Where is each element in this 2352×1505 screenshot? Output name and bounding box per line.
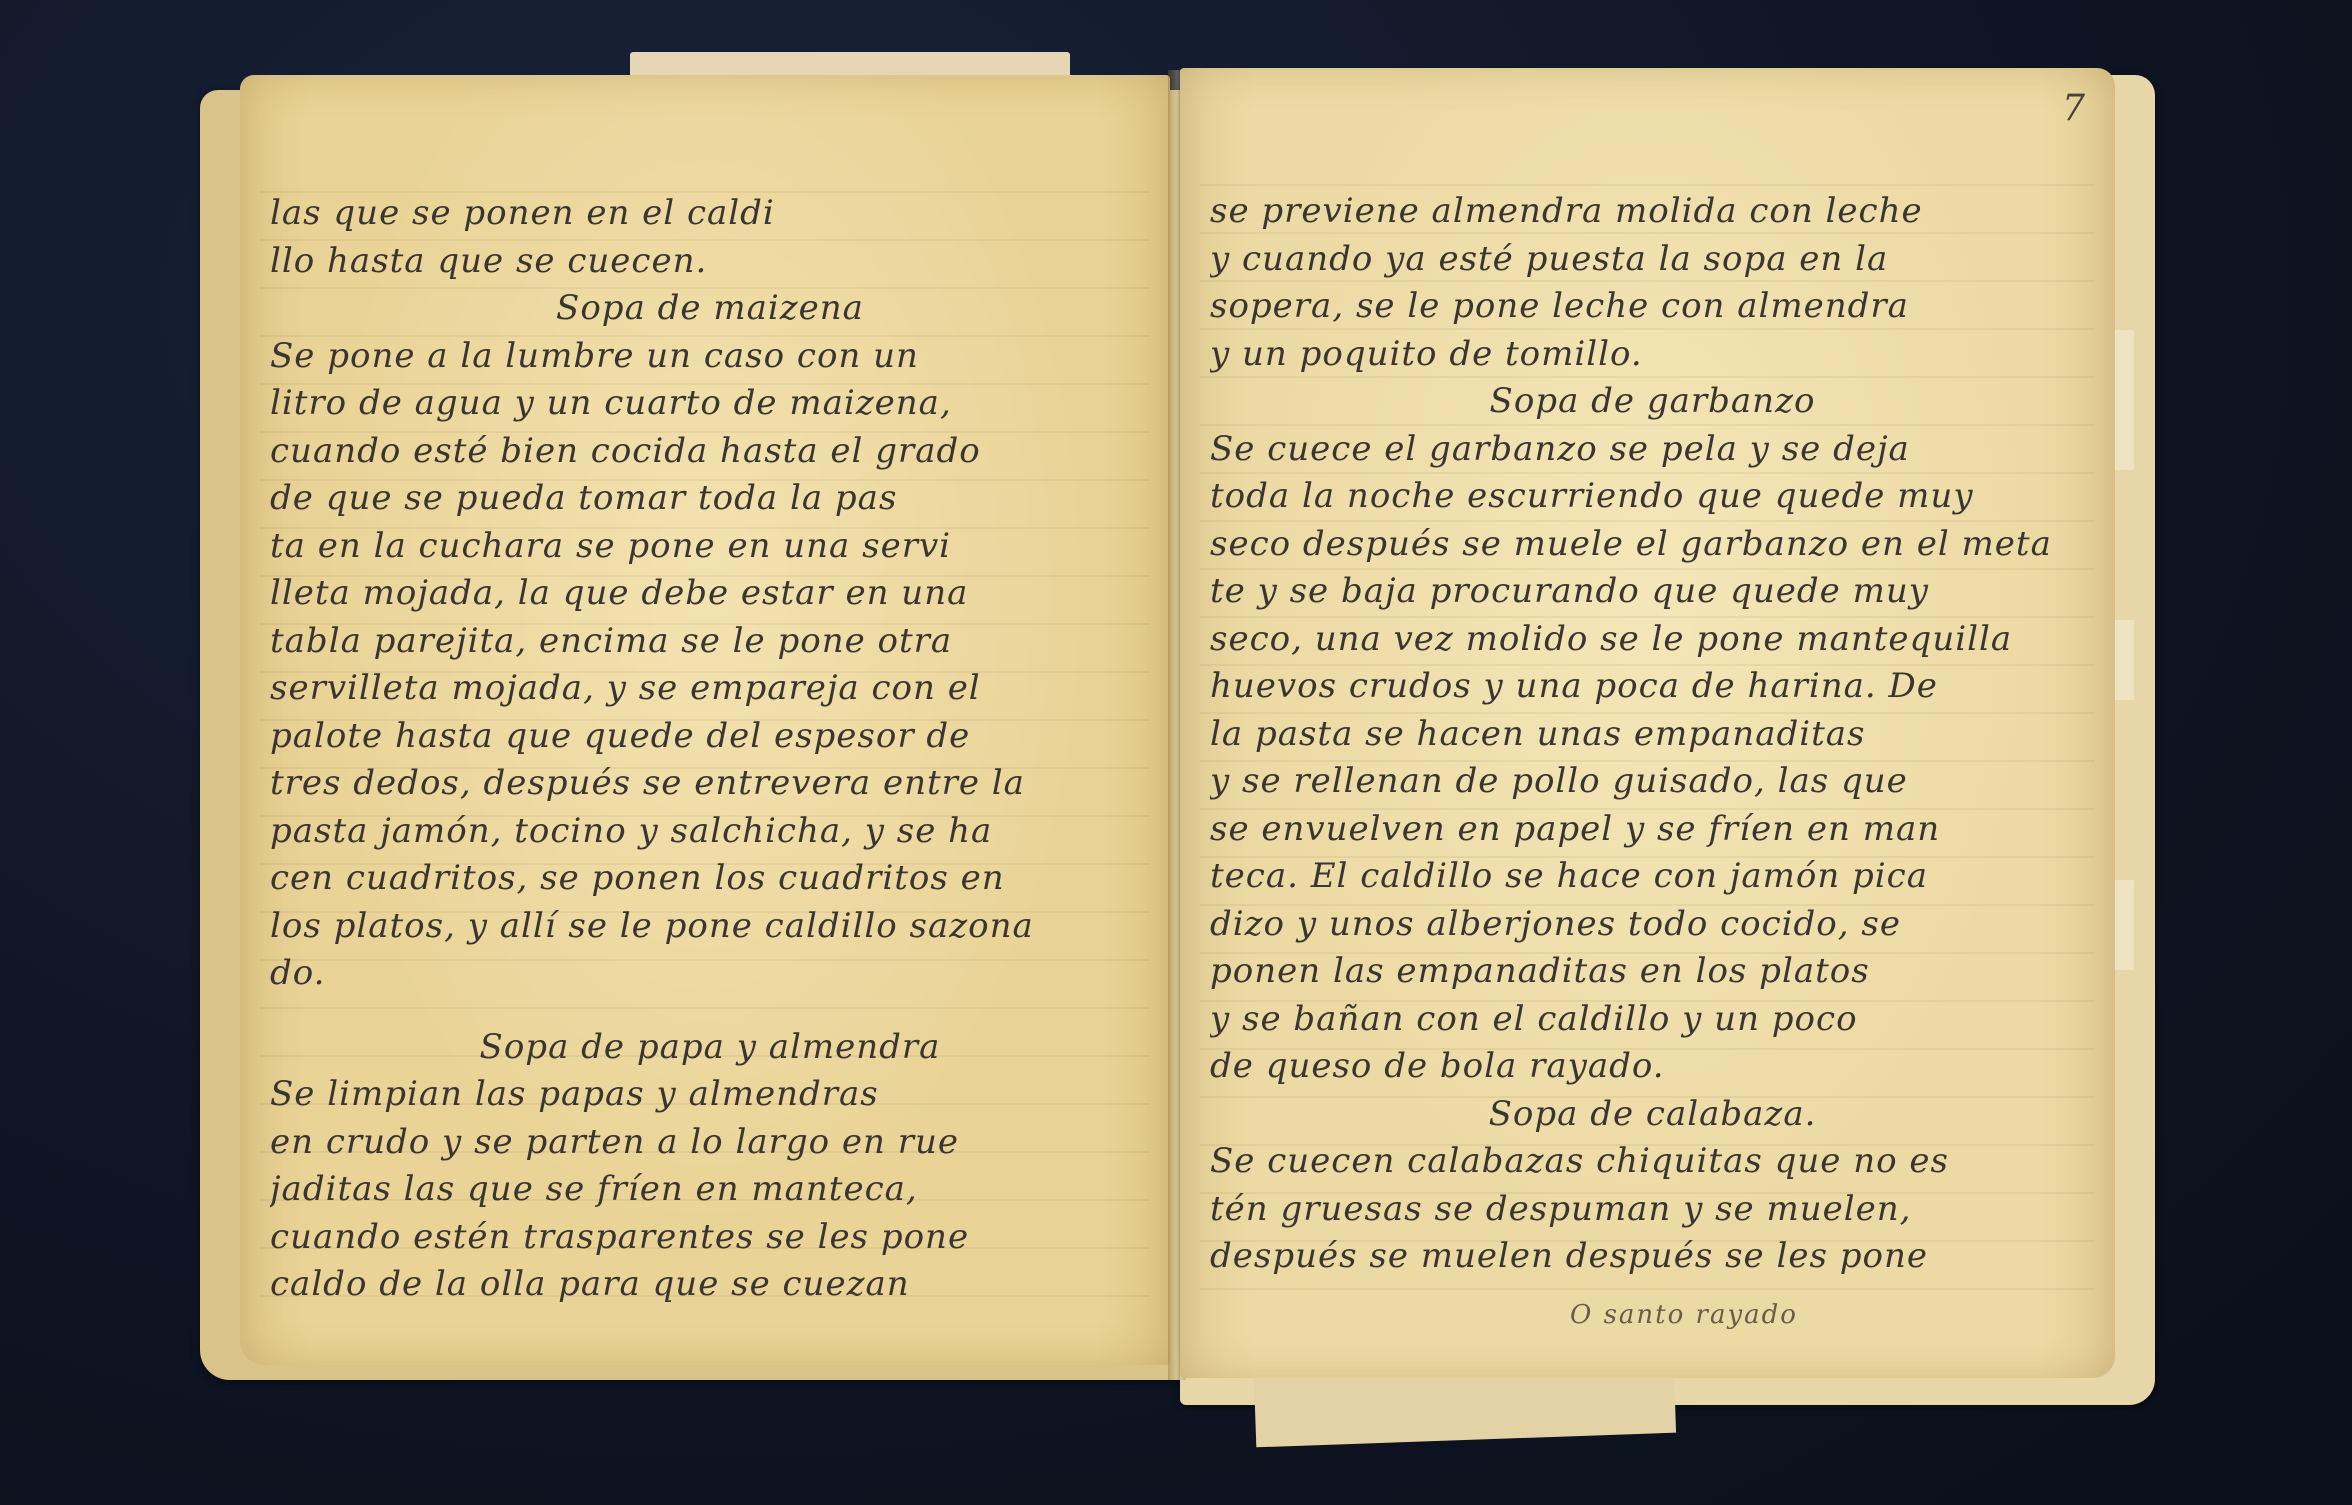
text-line: litro de agua y un cuarto de maizena, — [270, 380, 1150, 428]
text-line: se envuelven en papel y se fríen en man — [1210, 806, 2095, 854]
text-line: tres dedos, después se entrevera entre l… — [270, 760, 1150, 808]
recipe-heading-sopa-de-calabaza: Sopa de calabaza. — [1210, 1091, 2095, 1139]
text-line: los platos, y allí se le pone caldillo s… — [270, 903, 1150, 951]
text-line: lleta mojada, la que debe estar en una — [270, 570, 1150, 618]
text-line: pasta jamón, tocino y salchicha, y se ha — [270, 808, 1150, 856]
text-line: Se pone a la lumbre un caso con un — [270, 333, 1150, 381]
text-line: de queso de bola rayado. — [1210, 1043, 2095, 1091]
text-line: cuando estén trasparentes se les pone — [270, 1214, 1150, 1262]
text-line: Se cuecen calabazas chiquitas que no es — [1210, 1138, 2095, 1186]
text-line: la pasta se hacen unas empanaditas — [1210, 711, 2095, 759]
text-line: y cuando ya esté puesta la sopa en la — [1210, 236, 2095, 284]
text-line: do. — [270, 950, 1150, 998]
notebook-scan: las que se ponen en el caldi llo hasta q… — [0, 0, 2352, 1505]
text-line: ta en la cuchara se pone en una servi — [270, 523, 1150, 571]
recipe-heading-sopa-de-papa-y-almendra: Sopa de papa y almendra — [270, 1024, 1150, 1072]
text-line: se previene almendra molida con leche — [1210, 188, 2095, 236]
text-line: seco después se muele el garbanzo en el … — [1210, 521, 2095, 569]
right-page: 7 se previene almendra molida con leche … — [1180, 68, 2115, 1378]
text-line: de que se pueda tomar toda la pas — [270, 475, 1150, 523]
text-line: te y se baja procurando que quede muy — [1210, 568, 2095, 616]
text-line: huevos crudos y una poca de harina. De — [1210, 663, 2095, 711]
text-line: después se muelen después se les pone — [1210, 1233, 2095, 1281]
left-page-text: las que se ponen en el caldi llo hasta q… — [270, 190, 1150, 1309]
text-line: teca. El caldillo se hace con jamón pica — [1210, 853, 2095, 901]
text-line: dizo y unos alberjones todo cocido, se — [1210, 901, 2095, 949]
text-line: y se rellenan de pollo guisado, las que — [1210, 758, 2095, 806]
text-line: jaditas las que se fríen en manteca, — [270, 1166, 1150, 1214]
text-line: sopera, se le pone leche con almendra — [1210, 283, 2095, 331]
text-line: y se bañan con el caldillo y un poco — [1210, 996, 2095, 1044]
recipe-heading-sopa-de-garbanzo: Sopa de garbanzo — [1210, 378, 2095, 426]
text-line: cen cuadritos, se ponen los cuadritos en — [270, 855, 1150, 903]
left-page: las que se ponen en el caldi llo hasta q… — [240, 75, 1170, 1365]
text-line: Se cuece el garbanzo se pela y se deja — [1210, 426, 2095, 474]
text-line: y un poquito de tomillo. — [1210, 331, 2095, 379]
text-line: toda la noche escurriendo que quede muy — [1210, 473, 2095, 521]
text-line: cuando esté bien cocida hasta el grado — [270, 428, 1150, 476]
page-number: 7 — [2062, 88, 2085, 129]
text-line: llo hasta que se cuecen. — [270, 238, 1150, 286]
text-line: en crudo y se parten a lo largo en rue — [270, 1119, 1150, 1167]
right-page-text: se previene almendra molida con leche y … — [1210, 188, 2095, 1281]
text-line: las que se ponen en el caldi — [270, 190, 1150, 238]
footer-note: O santo rayado — [1570, 1300, 1798, 1330]
text-line: seco, una vez molido se le pone mantequi… — [1210, 616, 2095, 664]
text-line: palote hasta que quede del espesor de — [270, 713, 1150, 761]
text-line: Se limpian las papas y almendras — [270, 1071, 1150, 1119]
recipe-heading-sopa-de-maizena: Sopa de maizena — [270, 285, 1150, 333]
text-line: ponen las empanaditas en los platos — [1210, 948, 2095, 996]
text-line: servilleta mojada, y se empareja con el — [270, 665, 1150, 713]
text-line: tabla parejita, encima se le pone otra — [270, 618, 1150, 666]
text-line: tén gruesas se despuman y se muelen, — [1210, 1186, 2095, 1234]
text-line: caldo de la olla para que se cuezan — [270, 1261, 1150, 1309]
